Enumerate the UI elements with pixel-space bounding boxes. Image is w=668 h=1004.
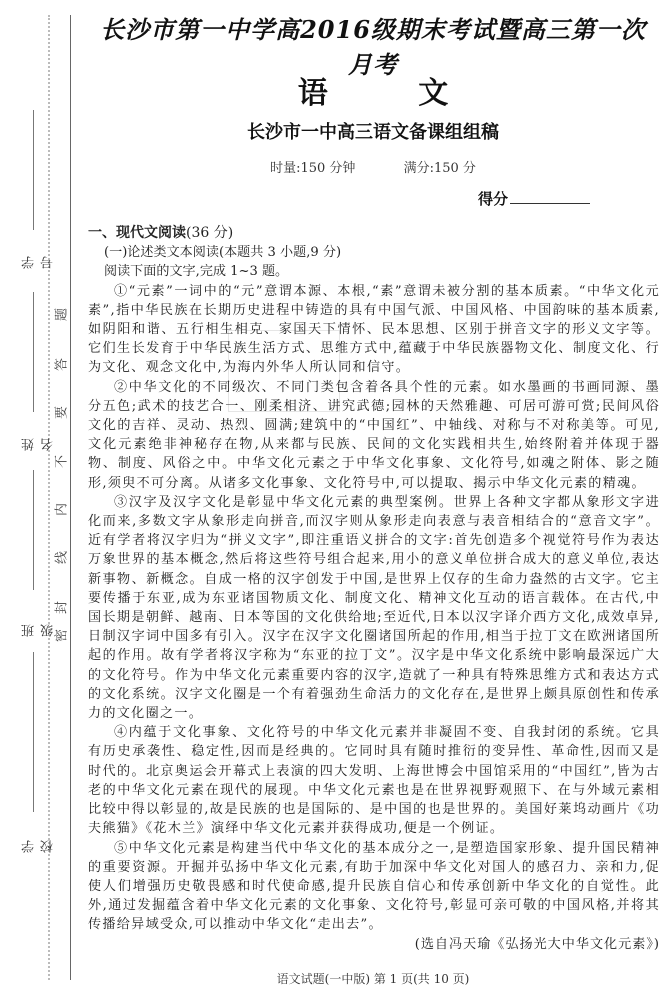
source-citation: (选自冯天瑜《弘扬光大中华文化元素》): [88, 935, 660, 954]
class-label: 班 级: [20, 596, 46, 656]
full-score: 满分:150 分: [404, 161, 476, 176]
exam-meta: 时量:150 分钟 满分:150 分: [88, 157, 658, 176]
score-blank[interactable]: [510, 189, 590, 204]
paragraph-3: ③汉字及汉字文化是彰显中华文化元素的典型案例。世界上各种文字都从象形文字进化而来…: [88, 493, 660, 723]
section-heading: 一、现代文阅读(36 分): [88, 224, 660, 243]
section-points: (36 分): [186, 225, 233, 241]
seal-notice-char: 内: [51, 502, 70, 518]
score-label: 得分: [478, 190, 508, 208]
section-title: 一、现代文阅读: [88, 225, 186, 241]
seal-notice-char: 不: [51, 454, 70, 470]
reading-section: 一、现代文阅读(36 分) (一)论述类文本阅读(本题共 3 小题,9 分) 阅…: [88, 224, 660, 954]
score-field: 得分: [478, 188, 590, 209]
seal-notice-char: 题: [51, 307, 70, 323]
school-fill-line: [33, 652, 34, 812]
seal-solid-line: [70, 15, 71, 980]
seal-notice-char: 密: [51, 628, 70, 644]
seal-notice-char: 要: [51, 405, 70, 421]
paragraph-2: ②中华文化的不同级次、不同门类包含着各具个性的元素。如水墨画的书画同源、墨分五色…: [88, 378, 660, 493]
class-fill-line: [33, 470, 34, 590]
student-id-fill-line: [33, 110, 34, 230]
paragraph-5: ⑤中华文化元素是构建当代中华文化的基本成分之一,是塑造国家形象、提升国民精神的重…: [88, 839, 660, 935]
subject-title: 语 文: [88, 68, 658, 112]
student-id-label: 学 号: [20, 228, 46, 288]
paragraph-4: ④内蕴于文化事象、文化符号的中华文化元素并非凝固不变、自我封闭的系统。它具有历史…: [88, 723, 660, 838]
school-label: 学 校: [20, 812, 46, 872]
exam-page: 学 号 姓 名 班 级 学 校 题 答 要 不 内 线 封 密 长沙市第一中学高…: [0, 0, 668, 1004]
seal-notice-char: 线: [51, 550, 70, 566]
time-limit: 时量:150 分钟: [270, 161, 355, 176]
name-fill-line: [33, 292, 34, 412]
reading-instruction: 阅读下面的文字,完成 1~3 题。: [88, 262, 660, 281]
seal-notice-char: 封: [51, 600, 70, 616]
page-footer: 语文试题(一中版) 第 1 页(共 10 页): [88, 970, 658, 987]
name-label: 姓 名: [20, 410, 46, 470]
seal-notice-char: 答: [51, 357, 70, 373]
subsection-heading: (一)论述类文本阅读(本题共 3 小题,9 分): [88, 243, 660, 262]
compiled-by: 长沙市一中高三语文备课组组稿: [88, 118, 658, 144]
paragraph-1: ①“元素”一词中的“元”意谓本源、本根,“素”意谓未被分割的基本质素。“中华文化…: [88, 282, 660, 378]
